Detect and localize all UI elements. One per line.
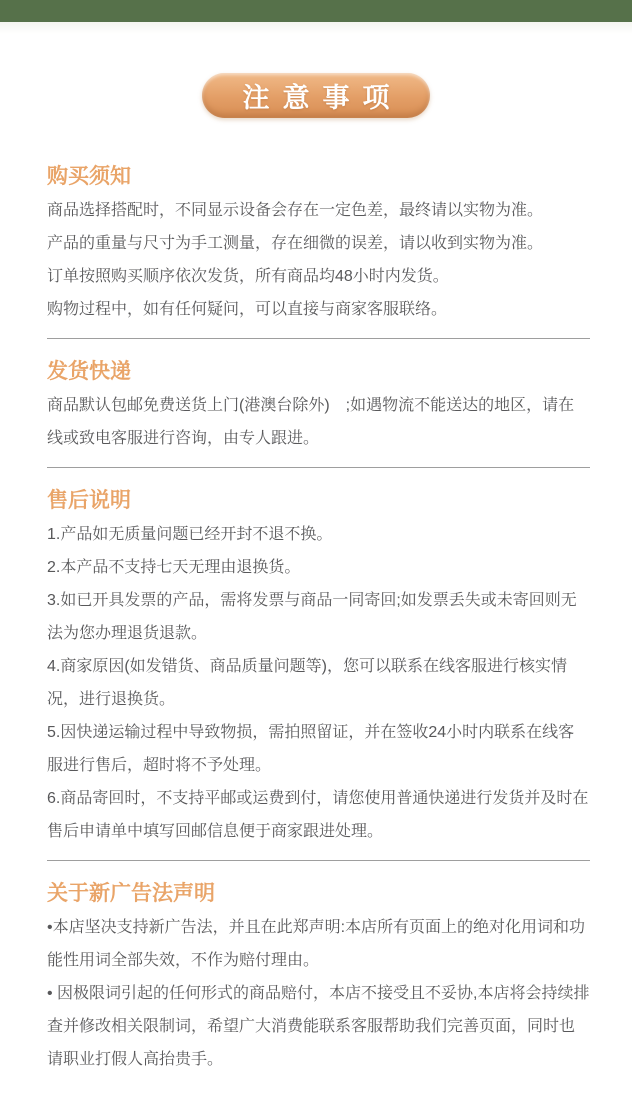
notice-page: 注意事项 购买须知 商品选择搭配时，不同显示设备会存在一定色差，最终请以实物为准… [0,0,632,1076]
paragraph: 4.商家原因(如发错货、商品质量问题等)，您可以联系在线客服进行核实情况，进行退… [47,650,590,716]
paragraph: •本店坚决支持新广告法，并且在此郑声明:本店所有页面上的绝对化用词和功能性用词全… [47,911,590,977]
paragraph: 1.产品如无质量问题已经开封不退不换。 [47,518,590,551]
section-ad-law-statement: 关于新广告法声明 •本店坚决支持新广告法，并且在此郑声明:本店所有页面上的绝对化… [47,881,590,1076]
top-fade-shadow [0,22,632,34]
section-shipping: 发货快递 商品默认包邮免费送货上门(港澳台除外) ;如遇物流不能送达的地区，请在… [47,359,590,455]
notice-badge-label: 注意事项 [243,76,403,115]
paragraph: 产品的重量与尺寸为手工测量，存在细微的误差，请以收到实物为准。 [47,227,590,260]
section-divider [47,338,590,339]
notice-content: 购买须知 商品选择搭配时，不同显示设备会存在一定色差，最终请以实物为准。 产品的… [0,164,632,1076]
section-title-ad-law: 关于新广告法声明 [47,881,590,906]
top-green-bar [0,0,632,22]
paragraph: 2.本产品不支持七天无理由退换货。 [47,551,590,584]
paragraph: 购物过程中，如有任何疑问，可以直接与商家客服联络。 [47,293,590,326]
paragraph: 订单按照购买顺序依次发货，所有商品均48小时内发货。 [47,260,590,293]
section-divider [47,860,590,861]
section-after-sales: 售后说明 1.产品如无质量问题已经开封不退不换。 2.本产品不支持七天无理由退换… [47,488,590,848]
paragraph: 5.因快递运输过程中导致物损，需拍照留证，并在签收24小时内联系在线客服进行售后… [47,716,590,782]
section-title-shipping: 发货快递 [47,359,590,384]
paragraph: • 因极限词引起的任何形式的商品赔付，本店不接受且不妥协,本店将会持续排查并修改… [47,977,590,1076]
paragraph: 商品选择搭配时，不同显示设备会存在一定色差，最终请以实物为准。 [47,194,590,227]
section-buying-notes: 购买须知 商品选择搭配时，不同显示设备会存在一定色差，最终请以实物为准。 产品的… [47,164,590,326]
notice-badge: 注意事项 [202,73,430,118]
paragraph: 商品默认包邮免费送货上门(港澳台除外) ;如遇物流不能送达的地区，请在线或致电客… [47,389,590,455]
section-title-buying-notes: 购买须知 [47,164,590,189]
paragraph: 3.如已开具发票的产品，需将发票与商品一同寄回;如发票丢失或未寄回则无法为您办理… [47,584,590,650]
section-divider [47,467,590,468]
section-title-after-sales: 售后说明 [47,488,590,513]
paragraph: 6.商品寄回时，不支持平邮或运费到付，请您使用普通快递进行发货并及时在售后申请单… [47,782,590,848]
